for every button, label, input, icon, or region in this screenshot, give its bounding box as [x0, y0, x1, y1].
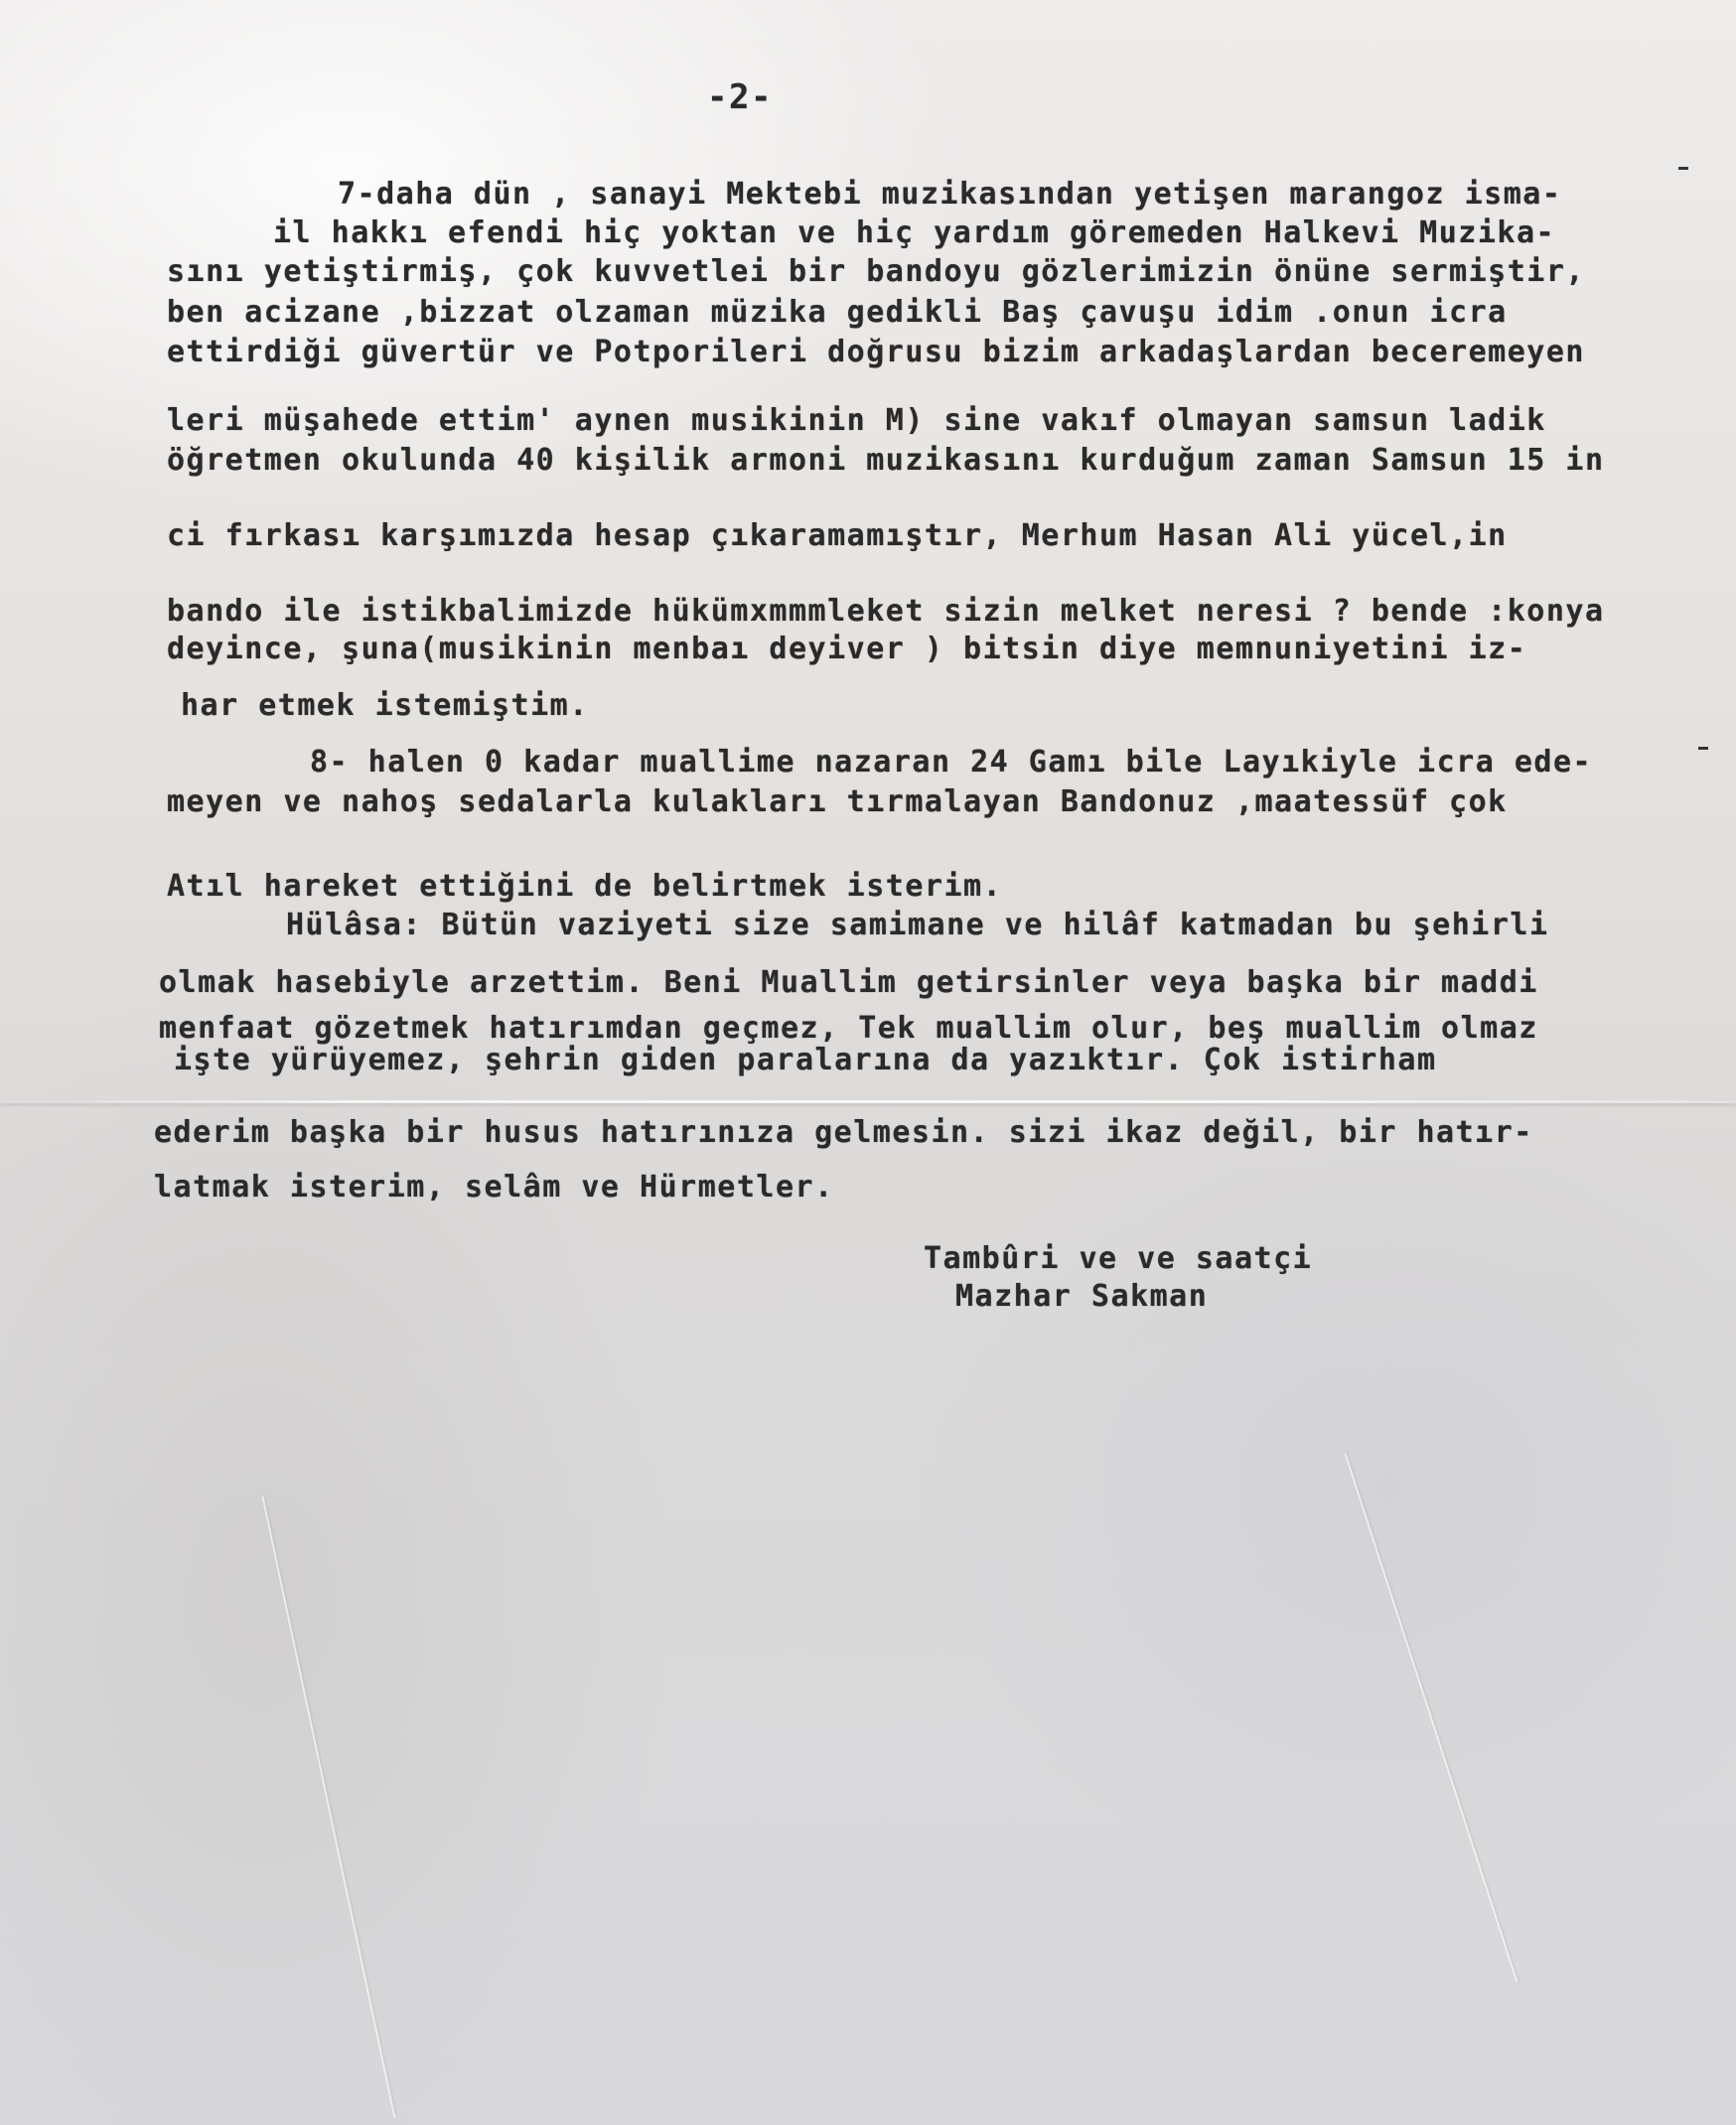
text-line: işte yürüyemez, şehrin giden paralarına … [174, 1043, 1437, 1077]
text-line: 7-daha dün , sanayi Mektebi muzikasından… [338, 177, 1561, 212]
text-line: öğretmen okulunda 40 kişilik armoni muzi… [167, 443, 1605, 478]
text-line: meyen ve nahoş sedalarla kulakları tırma… [167, 784, 1508, 819]
text-line: har etmek istemiştim. [181, 688, 589, 723]
text-line: il hakkı efendi hiç yoktan ve hiç yardım… [273, 215, 1555, 250]
text-line: ci fırkası karşımızda hesap çıkaramamışt… [167, 518, 1508, 553]
typed-letter-page: -2- 7-daha dün , sanayi Mektebi muzikası… [0, 0, 1736, 2125]
page-number: -2- [707, 77, 773, 117]
text-line: ettirdiği güvertür ve Potporileri doğrus… [167, 335, 1585, 369]
margin-mark [1678, 167, 1688, 170]
text-line: leri müşahede ettim' aynen musikinin M) … [167, 403, 1546, 438]
text-line: bando ile istikbalimizde hükümxmmmleket … [167, 594, 1605, 629]
text-line: sını yetiştirmiş, çok kuvvetlei bir band… [167, 254, 1585, 289]
signature-title: Tambûri ve ve saatçi [924, 1241, 1312, 1276]
text-line: olmak hasebiyle arzettim. Beni Muallim g… [159, 965, 1538, 1000]
signature-name: Mazhar Sakman [955, 1279, 1208, 1314]
text-line: ederim başka bir husus hatırınıza gelmes… [154, 1115, 1533, 1150]
text-line: Atıl hareket ettiğini de belirtmek ister… [167, 869, 1002, 904]
text-line: menfaat gözetmek hatırımdan geçmez, Tek … [159, 1011, 1538, 1046]
text-line: latmak isterim, selâm ve Hürmetler. [154, 1170, 834, 1204]
text-line: ben acizane ,bizzat olzaman müzika gedik… [167, 295, 1508, 330]
text-line: Hülâsa: Bütün vaziyeti size samimane ve … [286, 908, 1549, 942]
text-line: deyince, şuna(musikinin menbaı deyiver )… [167, 632, 1526, 666]
margin-mark [1698, 747, 1708, 750]
text-line: 8- halen 0 kadar muallime nazaran 24 Gam… [310, 745, 1592, 779]
